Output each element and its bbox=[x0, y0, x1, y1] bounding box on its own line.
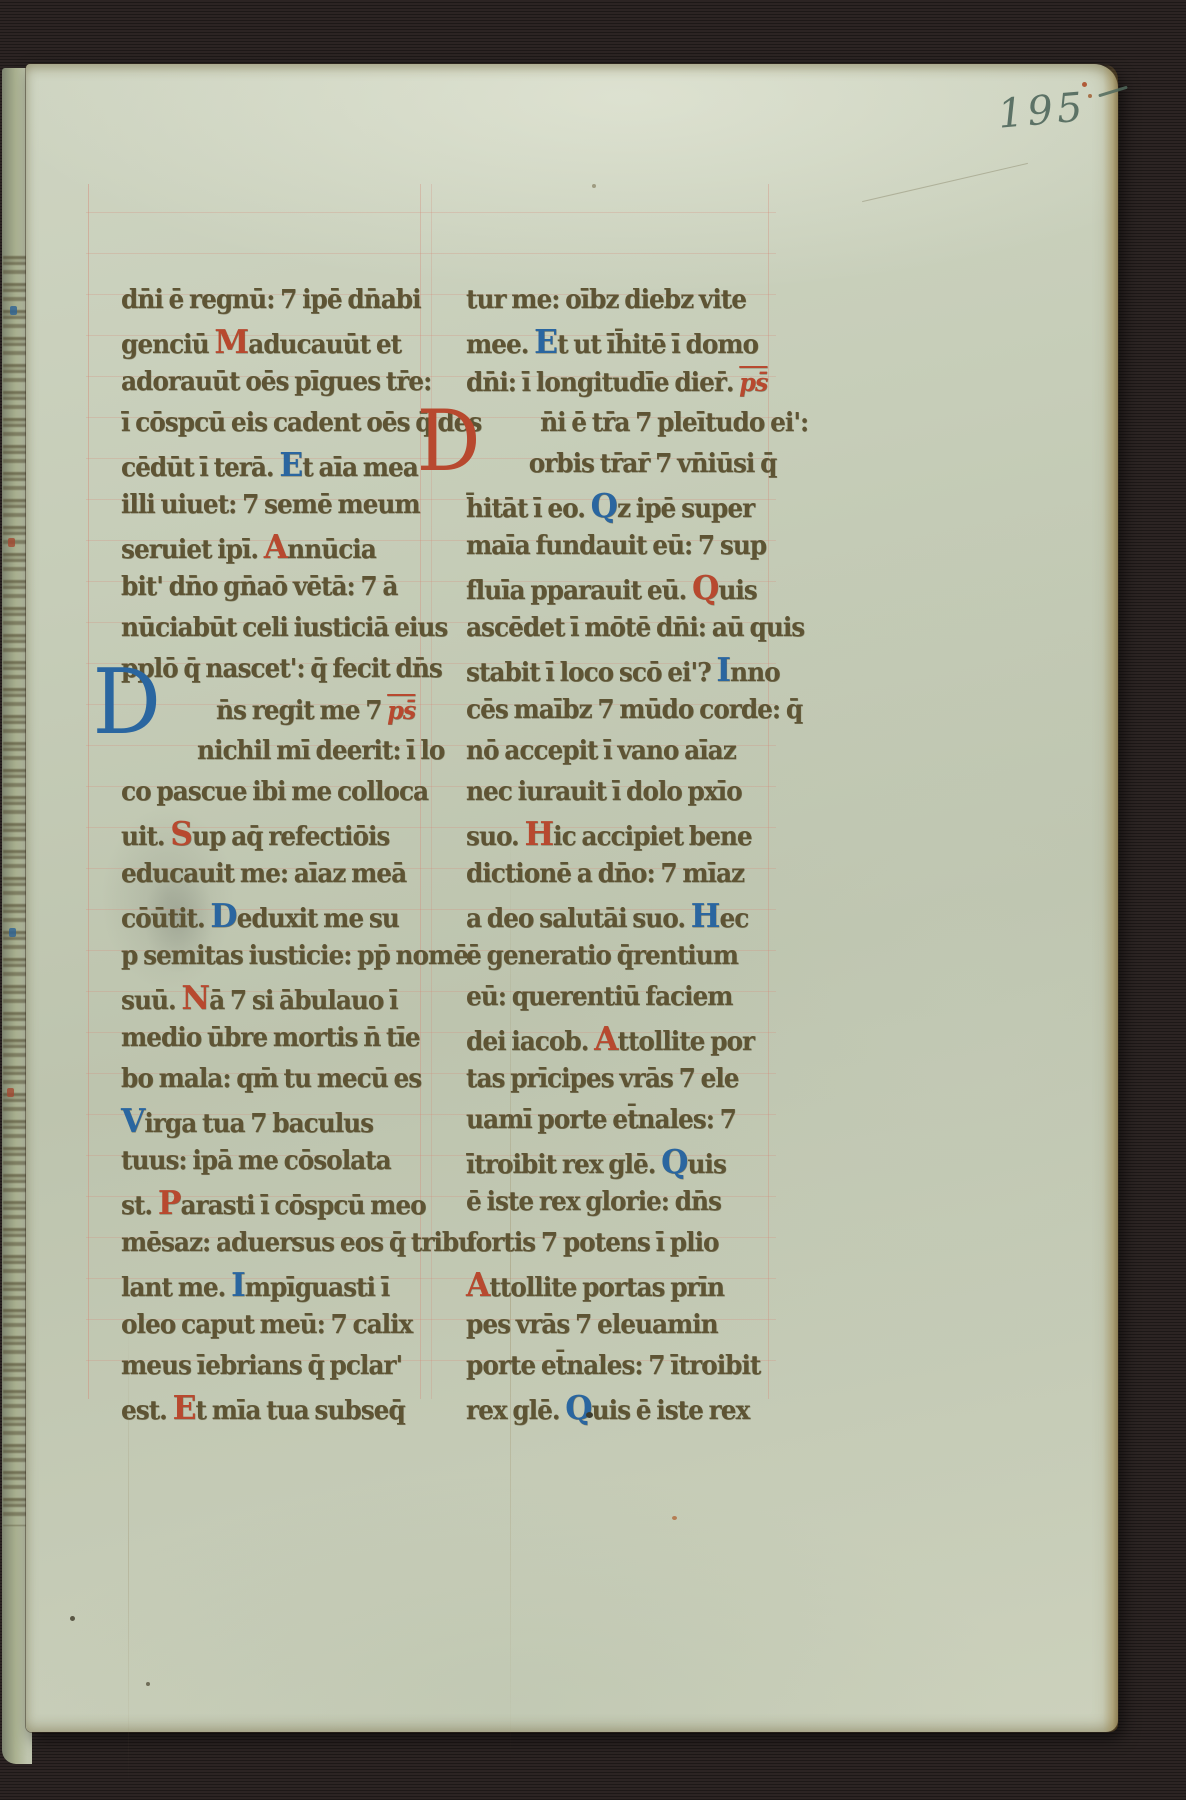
text-segment: ic accipiet bene bbox=[553, 822, 752, 852]
text-segment: cēdūt ī terā. bbox=[121, 453, 279, 483]
parchment-scratch bbox=[862, 163, 1028, 202]
text-segment: uit. bbox=[121, 822, 170, 852]
text-line: nec iurauit ī dolo pxīo bbox=[466, 772, 789, 813]
text-segment: ec bbox=[719, 904, 748, 934]
colored-initial: D bbox=[210, 896, 236, 935]
colored-initial: I bbox=[716, 650, 730, 689]
text-line: st. Parasti ī cōspcū meo bbox=[121, 1182, 449, 1223]
text-segment: t mīa tua subseq̄ bbox=[196, 1396, 405, 1426]
text-line: rex glē. Quis ē iste rex bbox=[466, 1387, 789, 1428]
text-segment: lant me. bbox=[121, 1273, 231, 1303]
text-segment: nichil mī deerit: ī lo bbox=[197, 736, 444, 766]
text-line: pes vrās 7 eleuamin bbox=[466, 1305, 789, 1346]
text-line: dn̄i ē regnū: 7 ipē dn̄abi bbox=[121, 280, 449, 321]
text-segment: dei iacob. bbox=[466, 1027, 594, 1057]
text-segment: fluīa pparauit eū. bbox=[466, 576, 692, 606]
text-line: p semitas iusticie: pp̄ nomē bbox=[121, 936, 449, 977]
text-segment: bo mala: qm̄ tu mecū es bbox=[121, 1064, 421, 1094]
text-line: porte et̄nales: 7 ītroibit bbox=[466, 1346, 789, 1387]
text-line: tur me: oībz diebz vite bbox=[466, 280, 789, 321]
text-line: h̄itāt ī eo. Qz ipē super bbox=[466, 485, 789, 526]
text-line: mee. Et ut īh̄itē ī domo bbox=[466, 321, 789, 362]
text-segment: t ut īh̄itē ī domo bbox=[557, 330, 758, 360]
text-segment: uamī porte et̄nales: 7 bbox=[466, 1105, 736, 1135]
text-line: cēdūt ī terā. Et aīa mea bbox=[121, 444, 449, 485]
facing-page-red-initial-fragment bbox=[8, 538, 15, 547]
text-line: fortis 7 potens ī plio bbox=[466, 1223, 789, 1264]
text-segment: mēsaz: aduersus eos q̄ tribu bbox=[121, 1228, 475, 1258]
manuscript-photo: 195 dn̄i ē regnū: 7 ipē dn̄abigenciū Mad… bbox=[0, 0, 1186, 1800]
colored-initial: A bbox=[594, 1019, 617, 1058]
colored-initial: H bbox=[524, 814, 553, 853]
psalm-rubric-ps: ps̄ bbox=[387, 696, 415, 725]
text-segment: arasti ī cōspcū meo bbox=[180, 1191, 425, 1221]
ink-speck bbox=[586, 1412, 593, 1418]
text-line: dn̄i: ī longitudīe dier̄. ps̄ bbox=[466, 362, 789, 403]
manuscript-page: 195 dn̄i ē regnū: 7 ipē dn̄abigenciū Mad… bbox=[26, 64, 1118, 1732]
text-segment: uis ē iste rex bbox=[592, 1396, 750, 1426]
text-line: uamī porte et̄nales: 7 bbox=[466, 1100, 789, 1141]
text-line: pplō q̄ nascet': q̄ fecit dn̄s bbox=[121, 649, 449, 690]
text-segment: genciū bbox=[121, 330, 214, 360]
text-segment: tur me: oībz diebz vite bbox=[466, 285, 746, 315]
text-line: ī cōspcū eis cadent oēs q̄ des bbox=[121, 403, 449, 444]
text-line: medio ūbre mortis n̄ tīe bbox=[121, 1018, 449, 1059]
text-segment: bit' dn̄o gn̄aō vētā: 7 ā bbox=[121, 572, 397, 602]
text-segment: st. bbox=[121, 1191, 158, 1221]
ink-speck bbox=[1082, 82, 1087, 87]
text-segment: h̄itāt ī eo. bbox=[466, 494, 591, 524]
text-segment: maīa fundauit eū: 7 sup bbox=[466, 531, 766, 561]
text-segment: ē generatio q̄rentium bbox=[466, 941, 738, 971]
ink-speck bbox=[70, 1616, 75, 1621]
text-segment: eduxit me su bbox=[237, 904, 399, 934]
text-segment: pes vrās 7 eleuamin bbox=[466, 1310, 718, 1340]
text-line: uit. Sup aq̄ refectiōis bbox=[121, 813, 449, 854]
colored-initial: Q bbox=[661, 1142, 687, 1181]
text-segment: fortis 7 potens ī plio bbox=[466, 1228, 719, 1258]
text-line: orbis tr̄ar̄ 7 vn̄iūsi q̄ bbox=[466, 444, 789, 485]
text-segment: nnūcia bbox=[287, 535, 376, 565]
text-line: Dn̄s regit me 7 ps̄ bbox=[121, 690, 449, 731]
text-line: co pascue ibi me colloca bbox=[121, 772, 449, 813]
text-segment: seruiet ipī. bbox=[121, 535, 264, 565]
text-line: mēsaz: aduersus eos q̄ tribu bbox=[121, 1223, 449, 1264]
text-segment: mee. bbox=[466, 330, 534, 360]
text-segment: dn̄i ē regnū: 7 ipē dn̄abi bbox=[121, 285, 421, 315]
text-segment: nūciabūt celi iusticiā eius bbox=[121, 613, 447, 643]
colored-initial: Q bbox=[692, 568, 718, 607]
text-line: lant me. Impīguasti ī bbox=[121, 1264, 449, 1305]
facing-page-blue-initial-fragment bbox=[9, 928, 16, 937]
text-line: eū: querentiū faciem bbox=[466, 977, 789, 1018]
text-line: Virga tua 7 baculus bbox=[121, 1100, 449, 1141]
colored-initial: A bbox=[264, 527, 287, 566]
folio-number: 195 bbox=[996, 84, 1088, 138]
facing-page-red-initial-fragment bbox=[7, 1088, 14, 1097]
text-segment: nō accepit ī vano aīaz bbox=[466, 736, 736, 766]
crease-line bbox=[128, 1314, 129, 1784]
text-segment: eū: querentiū faciem bbox=[466, 982, 732, 1012]
text-line: genciū Maducauūt et bbox=[121, 321, 449, 362]
colored-initial: I bbox=[231, 1265, 245, 1304]
text-line: adorauūt oēs pīgues tr̄e: bbox=[121, 362, 449, 403]
text-line: stabit ī loco scō ei'? Inno bbox=[466, 649, 789, 690]
text-line: cōūtit. Deduxit me su bbox=[121, 895, 449, 936]
text-line: est. Et mīa tua subseq̄ bbox=[121, 1387, 449, 1428]
text-segment: ītroibit rex glē. bbox=[466, 1150, 661, 1180]
text-segment: dictionē a dn̄o: 7 mīaz bbox=[466, 859, 744, 889]
text-segment: z ipē super bbox=[617, 494, 754, 524]
ink-speck bbox=[146, 1682, 150, 1686]
colored-initial: S bbox=[170, 814, 192, 853]
colored-initial: A bbox=[466, 1265, 489, 1304]
text-line: maīa fundauit eū: 7 sup bbox=[466, 526, 789, 567]
text-segment: orbis tr̄ar̄ 7 vn̄iūsi q̄ bbox=[529, 449, 777, 479]
psalm-rubric-ps: ps̄ bbox=[739, 368, 767, 397]
text-segment: suo. bbox=[466, 822, 524, 852]
text-segment: cēs maībz 7 mūdo corde: q̄ bbox=[466, 695, 802, 725]
colored-initial: E bbox=[534, 322, 557, 361]
text-segment: aducauūt et bbox=[248, 330, 401, 360]
text-line: ē iste rex glorie: dn̄s bbox=[466, 1182, 789, 1223]
text-segment: suū. bbox=[121, 986, 181, 1016]
text-segment: t aīa mea bbox=[302, 453, 418, 483]
text-segment: up aq̄ refectiōis bbox=[192, 822, 389, 852]
colored-initial: E bbox=[279, 445, 302, 484]
text-line: seruiet ipī. Annūcia bbox=[121, 526, 449, 567]
text-segment: uis bbox=[688, 1150, 726, 1180]
text-segment: ttollite por bbox=[617, 1027, 754, 1057]
colored-initial: Q bbox=[565, 1388, 591, 1427]
text-line: Attollite portas prīn bbox=[466, 1264, 789, 1305]
text-segment: ascēdet ī mōtē dn̄i: aū quis bbox=[466, 613, 804, 643]
text-line: dictionē a dn̄o: 7 mīaz bbox=[466, 854, 789, 895]
text-segment: tas prīcipes vrās 7 ele bbox=[466, 1064, 739, 1094]
text-segment: educauit me: aīaz meā bbox=[121, 859, 406, 889]
colored-initial: M bbox=[214, 322, 248, 361]
text-segment: uis bbox=[718, 576, 756, 606]
ink-speck bbox=[1088, 94, 1092, 98]
facing-page-text-fragments bbox=[3, 256, 27, 1526]
crease-line bbox=[510, 824, 511, 1764]
text-segment: ā 7 si ābulauo ī bbox=[209, 986, 398, 1016]
text-block: dn̄i ē regnū: 7 ipē dn̄abigenciū Maducau… bbox=[88, 214, 804, 1434]
text-segment: ttollite portas prīn bbox=[489, 1273, 724, 1303]
text-line: fluīa pparauit eū. Quis bbox=[466, 567, 789, 608]
text-segment: rex glē. bbox=[466, 1396, 565, 1426]
text-segment: dn̄i: ī longitudīe dier̄. bbox=[466, 368, 739, 398]
colored-initial: P bbox=[158, 1183, 181, 1222]
text-column-left: dn̄i ē regnū: 7 ipē dn̄abigenciū Maducau… bbox=[121, 280, 449, 1428]
text-line: nichil mī deerit: ī lo bbox=[121, 731, 449, 772]
text-segment: tuus: ipā me cōsolata bbox=[121, 1146, 391, 1176]
text-segment: nec iurauit ī dolo pxīo bbox=[466, 777, 742, 807]
facing-page-blue-initial-fragment bbox=[10, 306, 17, 315]
text-segment: illi uiuet: 7 semē meum bbox=[121, 490, 420, 520]
text-segment: oleo caput meū: 7 calix bbox=[121, 1310, 412, 1340]
text-line: bit' dn̄o gn̄aō vētā: 7 ā bbox=[121, 567, 449, 608]
text-segment: meus īebrians q̄ pclar' bbox=[121, 1351, 402, 1381]
text-line: nō accepit ī vano aīaz bbox=[466, 731, 789, 772]
text-line: Dn̄i ē tr̄a 7 pleītudo ei': bbox=[466, 403, 789, 444]
text-line: ascēdet ī mōtē dn̄i: aū quis bbox=[466, 608, 789, 649]
text-line: bo mala: qm̄ tu mecū es bbox=[121, 1059, 449, 1100]
text-line: ītroibit rex glē. Quis bbox=[466, 1141, 789, 1182]
page-fore-edge bbox=[1103, 64, 1118, 1732]
text-segment: medio ūbre mortis n̄ tīe bbox=[121, 1023, 420, 1053]
text-column-right: tur me: oībz diebz vitemee. Et ut īh̄itē… bbox=[466, 280, 789, 1428]
text-line: educauit me: aīaz meā bbox=[121, 854, 449, 895]
ink-speck bbox=[592, 184, 596, 188]
ink-speck bbox=[672, 1516, 677, 1520]
text-segment: stabit ī loco scō ei'? bbox=[466, 658, 716, 688]
text-line: tas prīcipes vrās 7 ele bbox=[466, 1059, 789, 1100]
text-line: nūciabūt celi iusticiā eius bbox=[121, 608, 449, 649]
colored-initial: Q bbox=[591, 486, 617, 525]
text-segment: cōūtit. bbox=[121, 904, 210, 934]
text-segment: mpīguasti ī bbox=[245, 1273, 389, 1303]
text-segment: irga tua 7 baculus bbox=[144, 1109, 373, 1139]
text-segment: adorauūt oēs pīgues tr̄e: bbox=[121, 367, 431, 397]
text-line: suo. Hic accipiet bene bbox=[466, 813, 789, 854]
colored-initial: H bbox=[691, 896, 720, 935]
text-line: dei iacob. Attollite por bbox=[466, 1018, 789, 1059]
text-segment: pplō q̄ nascet': q̄ fecit dn̄s bbox=[121, 654, 442, 684]
text-line: suū. Nā 7 si ābulauo ī bbox=[121, 977, 449, 1018]
text-line: meus īebrians q̄ pclar' bbox=[121, 1346, 449, 1387]
text-segment: p semitas iusticie: pp̄ nomē bbox=[121, 941, 468, 971]
text-segment: nno bbox=[730, 658, 780, 688]
text-segment: a deo salutāi suo. bbox=[466, 904, 691, 934]
text-segment: co pascue ibi me colloca bbox=[121, 777, 428, 807]
text-segment: ē iste rex glorie: dn̄s bbox=[466, 1187, 721, 1217]
text-line: ē generatio q̄rentium bbox=[466, 936, 789, 977]
text-line: tuus: ipā me cōsolata bbox=[121, 1141, 449, 1182]
text-segment: n̄s regit me 7 bbox=[216, 696, 387, 726]
text-line: a deo salutāi suo. Hec bbox=[466, 895, 789, 936]
colored-initial: V bbox=[121, 1101, 144, 1140]
text-line: illi uiuet: 7 semē meum bbox=[121, 485, 449, 526]
colored-initial: N bbox=[181, 978, 209, 1017]
colored-initial: E bbox=[173, 1388, 196, 1427]
text-segment: n̄i ē tr̄a 7 pleītudo ei': bbox=[540, 408, 808, 438]
text-line: oleo caput meū: 7 calix bbox=[121, 1305, 449, 1346]
text-line: cēs maībz 7 mūdo corde: q̄ bbox=[466, 690, 789, 731]
